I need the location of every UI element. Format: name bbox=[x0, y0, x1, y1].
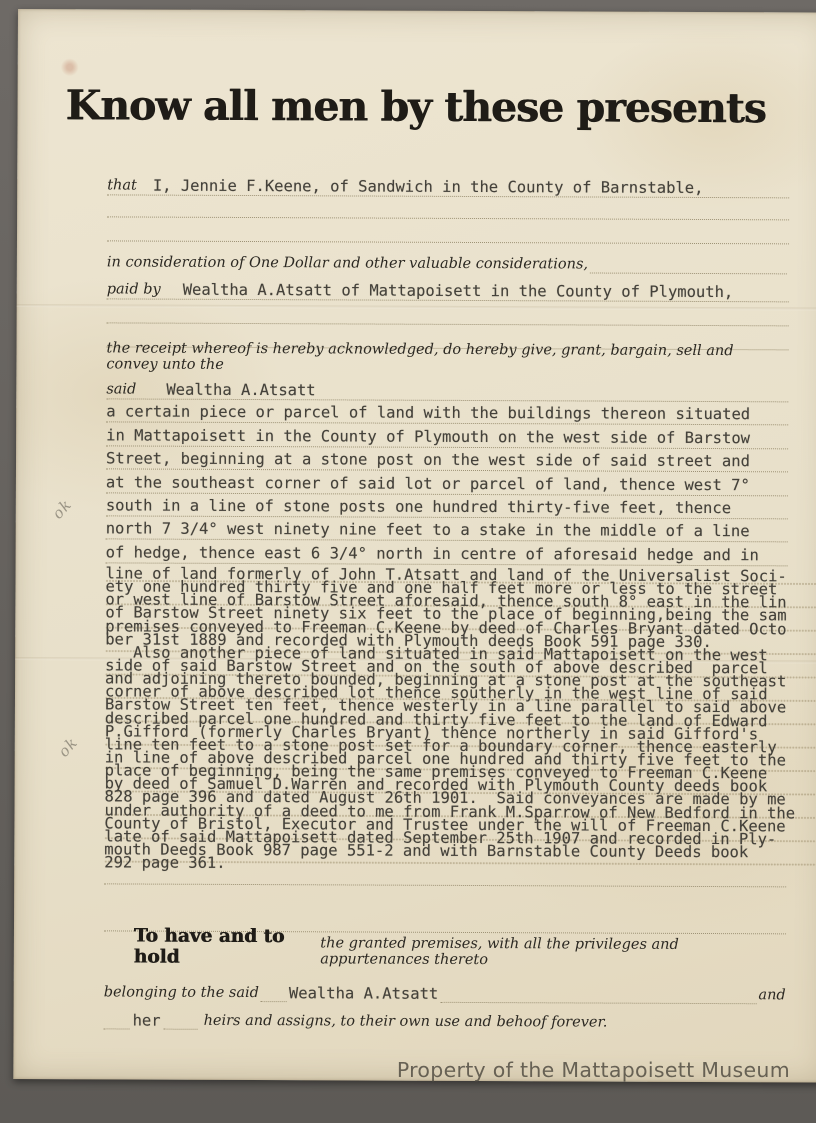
that-label: that bbox=[107, 177, 137, 194]
scanned-deed-photo: { "colors":{ "background":"#67635f", "pa… bbox=[0, 0, 816, 1123]
consideration-line: in consideration of One Dollar and other… bbox=[107, 245, 789, 274]
description-line: in Mattapoisett in the County of Plymout… bbox=[106, 423, 788, 449]
dotted-fill bbox=[104, 1028, 130, 1029]
description-line: of hedge, thence east 6 3/4° north in ce… bbox=[106, 540, 788, 566]
pronoun-typed: her bbox=[133, 1012, 161, 1030]
said-grantee-line: said Wealtha A.Atsatt bbox=[106, 373, 788, 402]
description-line: south in a line of stone posts one hundr… bbox=[106, 493, 788, 519]
heirs-text: heirs and assigns, to their own use and … bbox=[204, 1013, 608, 1032]
description-line: north 7 3/4° west ninety nine feet to a … bbox=[106, 516, 788, 542]
dotted-fill bbox=[164, 1029, 198, 1030]
property-description-tight: line of land formerly of John T.Atsatt a… bbox=[104, 563, 816, 868]
paid-by-label: paid by bbox=[107, 281, 161, 298]
blank-ruled-line bbox=[104, 883, 786, 887]
blank-ruled-line bbox=[107, 217, 789, 244]
dotted-fill bbox=[440, 1002, 756, 1004]
deed-paper: Know all men by these presents that I, J… bbox=[13, 9, 816, 1083]
granted-premises-text: the granted premises, with all the privi… bbox=[320, 935, 786, 970]
grantee-typed-2: Wealtha A.Atsatt bbox=[289, 984, 438, 1003]
property-description-spaced: a certain piece or parcel of land with t… bbox=[106, 399, 789, 566]
consideration-text: in consideration of One Dollar and other… bbox=[107, 254, 588, 273]
belonging-label: belonging to the said bbox=[104, 984, 259, 1002]
receipt-text: the receipt whereof is hereby acknowledg… bbox=[106, 340, 788, 376]
description-line: Street, beginning at a stone post on the… bbox=[106, 446, 788, 472]
dotted-fill bbox=[261, 1001, 287, 1002]
blank-ruled-line bbox=[107, 299, 789, 326]
receipt-line: the receipt whereof is hereby acknowledg… bbox=[106, 349, 788, 376]
deed-title: Know all men by these presents bbox=[17, 83, 813, 132]
habendum-line: To have and to hold the granted premises… bbox=[104, 943, 786, 970]
payer-typed: Wealtha A.Atsatt of Mattapoisett in the … bbox=[183, 281, 734, 301]
and-label: and bbox=[758, 987, 785, 1004]
grantee-typed: Wealtha A.Atsatt bbox=[166, 381, 315, 400]
said-label: said bbox=[106, 381, 136, 398]
museum-watermark: Property of the Mattapoisett Museum bbox=[397, 1058, 790, 1082]
description-line: a certain piece or parcel of land with t… bbox=[106, 399, 788, 425]
description-line: at the southeast corner of said lot or p… bbox=[106, 470, 788, 496]
grantor-line: that I, Jennie F.Keene, of Sandwich in t… bbox=[107, 167, 789, 198]
to-have-and-to-hold-label: To have and to hold bbox=[134, 926, 312, 969]
paid-by-line: paid by Wealtha A.Atsatt of Mattapoisett… bbox=[107, 271, 789, 302]
grantor-typed: I, Jennie F.Keene, of Sandwich in the Co… bbox=[153, 177, 704, 197]
heirs-line: her heirs and assigns, to their own use … bbox=[104, 1005, 786, 1032]
blank-ruled-line bbox=[107, 195, 789, 220]
belonging-line: belonging to the said Wealtha A.Atsatt a… bbox=[104, 971, 786, 1004]
